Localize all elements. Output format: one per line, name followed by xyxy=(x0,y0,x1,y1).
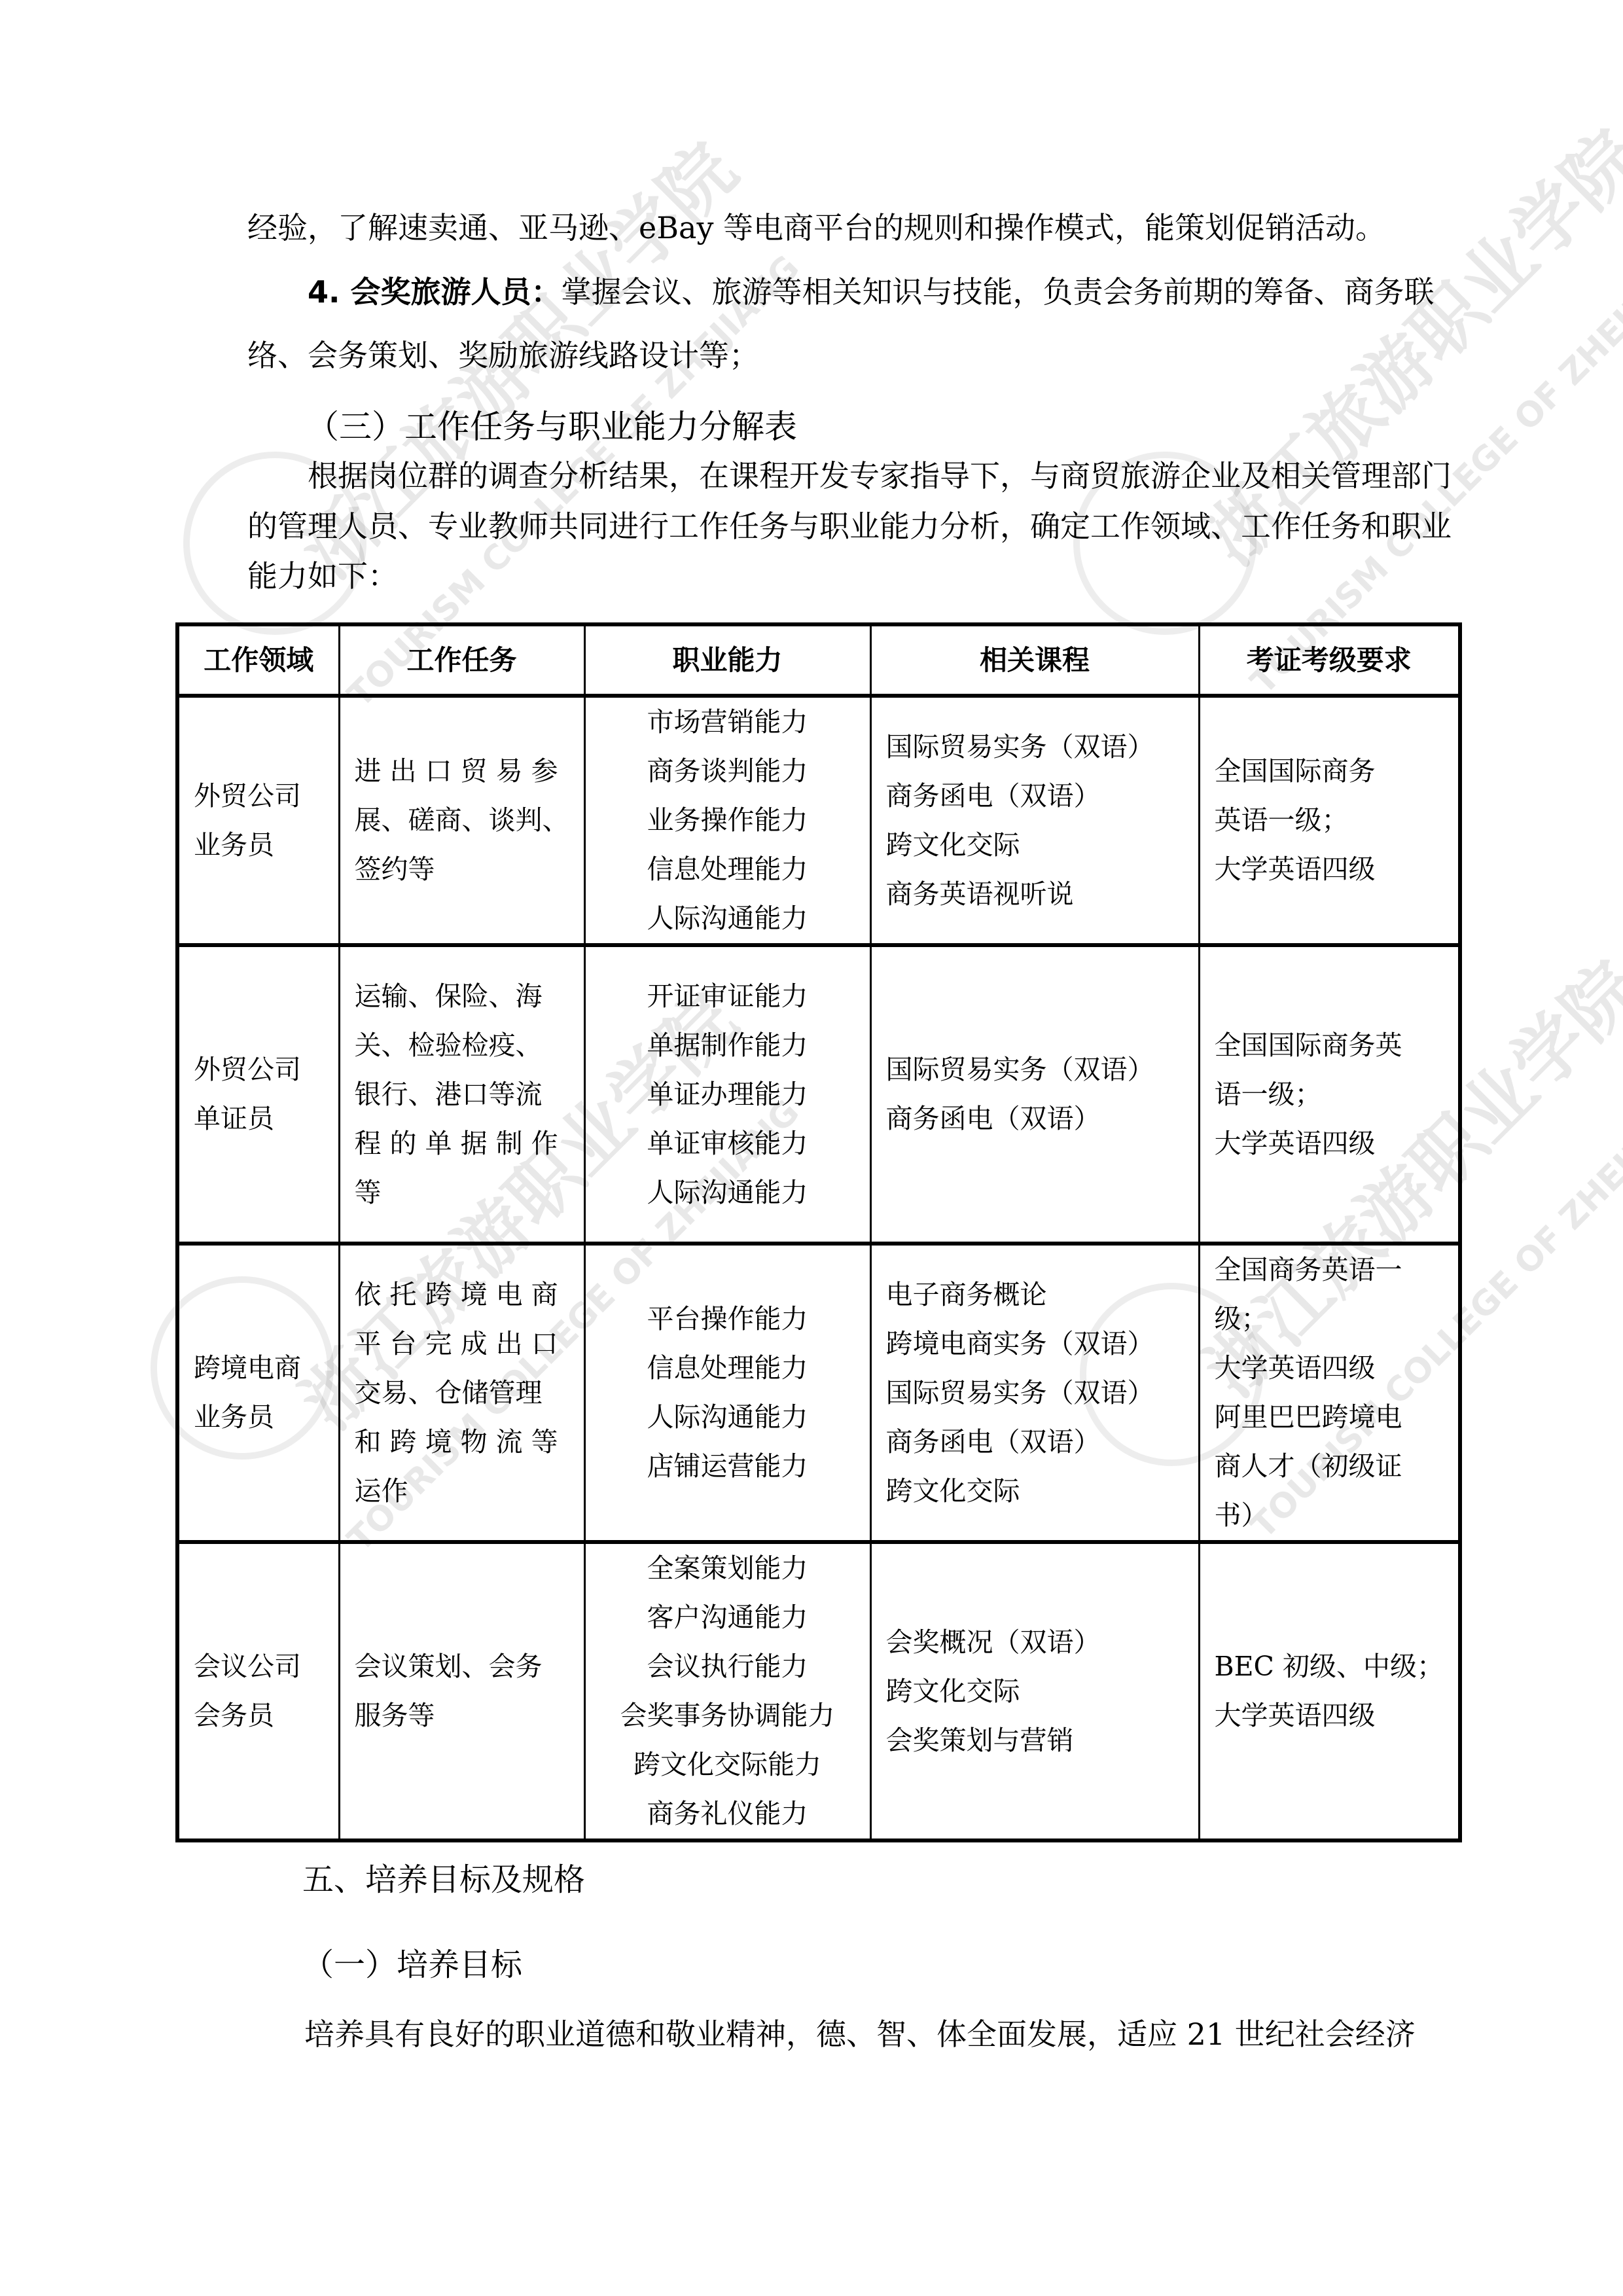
text-line: 阿里巴巴跨境电 xyxy=(1215,1393,1444,1442)
text-line: 跨文化交际 xyxy=(886,1667,1184,1716)
subsection-title: （一）培养目标 xyxy=(302,1939,522,1984)
text-line: 商务谈判能力 xyxy=(600,747,855,796)
text-line: 市场营销能力 xyxy=(600,698,855,747)
cell-domain: 外贸公司 业务员 xyxy=(177,696,339,945)
cell-task: 运输、保险、海 关、检验检疫、 银行、港口等流 程 的 单 据 制 作 等 xyxy=(339,945,584,1244)
text-line: 信息处理能力 xyxy=(600,845,855,894)
intro-line-2: 的管理人员、专业教师共同进行工作任务与职业能力分析，确定工作领域、工作任务和职业 xyxy=(247,511,1452,541)
cell-certs: 全国国际商务英 语一级； 大学英语四级 xyxy=(1199,945,1460,1244)
text-line: 会议策划、会务 xyxy=(355,1642,569,1691)
text-line: 英语一级； xyxy=(1215,796,1444,845)
text-line: 单据制作能力 xyxy=(600,1021,855,1070)
text-line: 外贸公司 xyxy=(194,772,324,821)
text-line: 单证审核能力 xyxy=(600,1119,855,1168)
goal-paragraph: 培养具有良好的职业道德和敬业精神，德、智、体全面发展，适应 21 世纪社会经济 xyxy=(304,2019,1416,2049)
task-ability-table: 工作领域 工作任务 职业能力 相关课程 考证考级要求 外贸公司 业务员 进 出 … xyxy=(175,622,1462,1842)
cell-courses: 国际贸易实务（双语） 商务函电（双语） xyxy=(870,945,1199,1244)
text-line: 电子商务概论 xyxy=(886,1270,1184,1319)
text-line: 跨境电商实务（双语） xyxy=(886,1319,1184,1369)
text-line: 会奖事务协调能力 xyxy=(600,1691,855,1740)
text-line: 和 跨 境 物 流 等 xyxy=(355,1418,569,1467)
text-line: 人际沟通能力 xyxy=(600,894,855,943)
header-task: 工作任务 xyxy=(339,624,584,696)
cell-abilities: 开证审证能力 单据制作能力 单证办理能力 单证审核能力 人际沟通能力 xyxy=(584,945,870,1244)
cell-task: 依 托 跨 境 电 商 平 台 完 成 出 口 交易、仓储管理 和 跨 境 物 … xyxy=(339,1244,584,1542)
text-line: 业务员 xyxy=(194,1393,324,1442)
cell-abilities: 全案策划能力 客户沟通能力 会议执行能力 会奖事务协调能力 跨文化交际能力 商务… xyxy=(584,1542,870,1840)
text-line: 商人才（初级证 xyxy=(1215,1442,1444,1491)
text-line: 交易、仓储管理 xyxy=(355,1369,569,1418)
paragraph-continuation: 经验，了解速卖通、亚马逊、eBay 等电商平台的规则和操作模式，能策划促销活动。 xyxy=(247,213,1385,243)
text-line: 书） xyxy=(1215,1491,1444,1540)
table-row: 外贸公司 业务员 进 出 口 贸 易 参 展、磋商、谈判、 签约等 市场营销能力… xyxy=(177,696,1460,945)
text-line: 展、磋商、谈判、 xyxy=(355,796,569,845)
text-line: 大学英语四级 xyxy=(1215,1119,1444,1168)
text-line: 客户沟通能力 xyxy=(600,1593,855,1642)
text-line: 级； xyxy=(1215,1295,1444,1344)
text-line: 服务等 xyxy=(355,1691,569,1740)
text-line: 大学英语四级 xyxy=(1215,845,1444,894)
text-line: BEC 初级、中级； xyxy=(1215,1642,1444,1691)
item-text: 掌握会议、旅游等相关知识与技能，负责会务前期的筹备、商务联 xyxy=(562,274,1435,310)
text-line: 国际贸易实务（双语） xyxy=(886,1369,1184,1418)
text-line: 平 台 完 成 出 口 xyxy=(355,1319,569,1369)
text-line: 会议公司 xyxy=(194,1642,324,1691)
cell-certs: 全国国际商务 英语一级； 大学英语四级 xyxy=(1199,696,1460,945)
text-line: 商务函电（双语） xyxy=(886,1418,1184,1467)
cell-certs: BEC 初级、中级； 大学英语四级 xyxy=(1199,1542,1460,1840)
text-line: 语一级； xyxy=(1215,1070,1444,1119)
cell-abilities: 平台操作能力 信息处理能力 人际沟通能力 店铺运营能力 xyxy=(584,1244,870,1542)
text-line: 进 出 口 贸 易 参 xyxy=(355,747,569,796)
text-line: 等 xyxy=(355,1168,569,1217)
item-label: 4. 会奖旅游人员： xyxy=(308,274,562,310)
text-line: 单证员 xyxy=(194,1094,324,1143)
text-line: 会务员 xyxy=(194,1691,324,1740)
cell-domain: 会议公司 会务员 xyxy=(177,1542,339,1840)
header-ability: 职业能力 xyxy=(584,624,870,696)
text-line: 关、检验检疫、 xyxy=(355,1021,569,1070)
text-line: 跨境电商 xyxy=(194,1344,324,1393)
text-line: 依 托 跨 境 电 商 xyxy=(355,1270,569,1319)
cell-task: 进 出 口 贸 易 参 展、磋商、谈判、 签约等 xyxy=(339,696,584,945)
text-line: 信息处理能力 xyxy=(600,1344,855,1393)
text-line: 运作 xyxy=(355,1467,569,1516)
cell-certs: 全国商务英语一 级； 大学英语四级 阿里巴巴跨境电 商人才（初级证 书） xyxy=(1199,1244,1460,1542)
text-line: 运输、保险、海 xyxy=(355,972,569,1021)
text-line: 店铺运营能力 xyxy=(600,1442,855,1491)
text-line: 商务英语视听说 xyxy=(886,870,1184,919)
paragraph-item-4: 4. 会奖旅游人员：掌握会议、旅游等相关知识与技能，负责会务前期的筹备、商务联 xyxy=(308,277,1435,307)
cell-domain: 跨境电商 业务员 xyxy=(177,1244,339,1542)
text-line: 签约等 xyxy=(355,845,569,894)
cell-courses: 电子商务概论 跨境电商实务（双语） 国际贸易实务（双语） 商务函电（双语） 跨文… xyxy=(870,1244,1199,1542)
table-row: 跨境电商 业务员 依 托 跨 境 电 商 平 台 完 成 出 口 交易、仓储管理… xyxy=(177,1244,1460,1542)
cell-courses: 会奖概况（双语） 跨文化交际 会奖策划与营销 xyxy=(870,1542,1199,1840)
text-line: 银行、港口等流 xyxy=(355,1070,569,1119)
text-line: 跨文化交际能力 xyxy=(600,1740,855,1789)
text-line: 会奖策划与营销 xyxy=(886,1716,1184,1765)
section-title: 五、培养目标及规格 xyxy=(302,1854,585,1899)
text-line: 人际沟通能力 xyxy=(600,1168,855,1217)
text-line: 会奖概况（双语） xyxy=(886,1618,1184,1667)
section-heading: （三）工作任务与职业能力分解表 xyxy=(306,401,797,448)
header-course: 相关课程 xyxy=(870,624,1199,696)
text-line: 业务操作能力 xyxy=(600,796,855,845)
intro-line-3: 能力如下： xyxy=(247,561,398,591)
cell-task: 会议策划、会务 服务等 xyxy=(339,1542,584,1840)
text-line: 跨文化交际 xyxy=(886,1467,1184,1516)
text-line: 商务礼仪能力 xyxy=(600,1789,855,1839)
text-line: 商务函电（双语） xyxy=(886,772,1184,821)
text-line: 开证审证能力 xyxy=(600,972,855,1021)
text-line: 单证办理能力 xyxy=(600,1070,855,1119)
text-line: 全国国际商务英 xyxy=(1215,1021,1444,1070)
table-header-row: 工作领域 工作任务 职业能力 相关课程 考证考级要求 xyxy=(177,624,1460,696)
paragraph-item-4-cont: 络、会务策划、奖励旅游线路设计等； xyxy=(247,340,759,370)
text-line: 大学英语四级 xyxy=(1215,1691,1444,1740)
header-domain: 工作领域 xyxy=(177,624,339,696)
text-line: 外贸公司 xyxy=(194,1045,324,1094)
cell-domain: 外贸公司 单证员 xyxy=(177,945,339,1244)
header-cert: 考证考级要求 xyxy=(1199,624,1460,696)
table-row: 外贸公司 单证员 运输、保险、海 关、检验检疫、 银行、港口等流 程 的 单 据… xyxy=(177,945,1460,1244)
text-line: 会议执行能力 xyxy=(600,1642,855,1691)
text-line: 全案策划能力 xyxy=(600,1544,855,1593)
text-line: 平台操作能力 xyxy=(600,1295,855,1344)
cell-abilities: 市场营销能力 商务谈判能力 业务操作能力 信息处理能力 人际沟通能力 xyxy=(584,696,870,945)
text-line: 大学英语四级 xyxy=(1215,1344,1444,1393)
text-line: 全国国际商务 xyxy=(1215,747,1444,796)
text-line: 跨文化交际 xyxy=(886,821,1184,870)
text-line: 全国商务英语一 xyxy=(1215,1246,1444,1295)
text-line: 商务函电（双语） xyxy=(886,1094,1184,1143)
cell-courses: 国际贸易实务（双语） 商务函电（双语） 跨文化交际 商务英语视听说 xyxy=(870,696,1199,945)
intro-line-1: 根据岗位群的调查分析结果，在课程开发专家指导下，与商贸旅游企业及相关管理部门 xyxy=(308,461,1452,491)
text-line: 人际沟通能力 xyxy=(600,1393,855,1442)
text-line: 业务员 xyxy=(194,821,324,870)
text-line: 程 的 单 据 制 作 xyxy=(355,1119,569,1168)
text-line: 国际贸易实务（双语） xyxy=(886,723,1184,772)
table-row: 会议公司 会务员 会议策划、会务 服务等 全案策划能力 客户沟通能力 会议执行能… xyxy=(177,1542,1460,1840)
text-line: 国际贸易实务（双语） xyxy=(886,1045,1184,1094)
